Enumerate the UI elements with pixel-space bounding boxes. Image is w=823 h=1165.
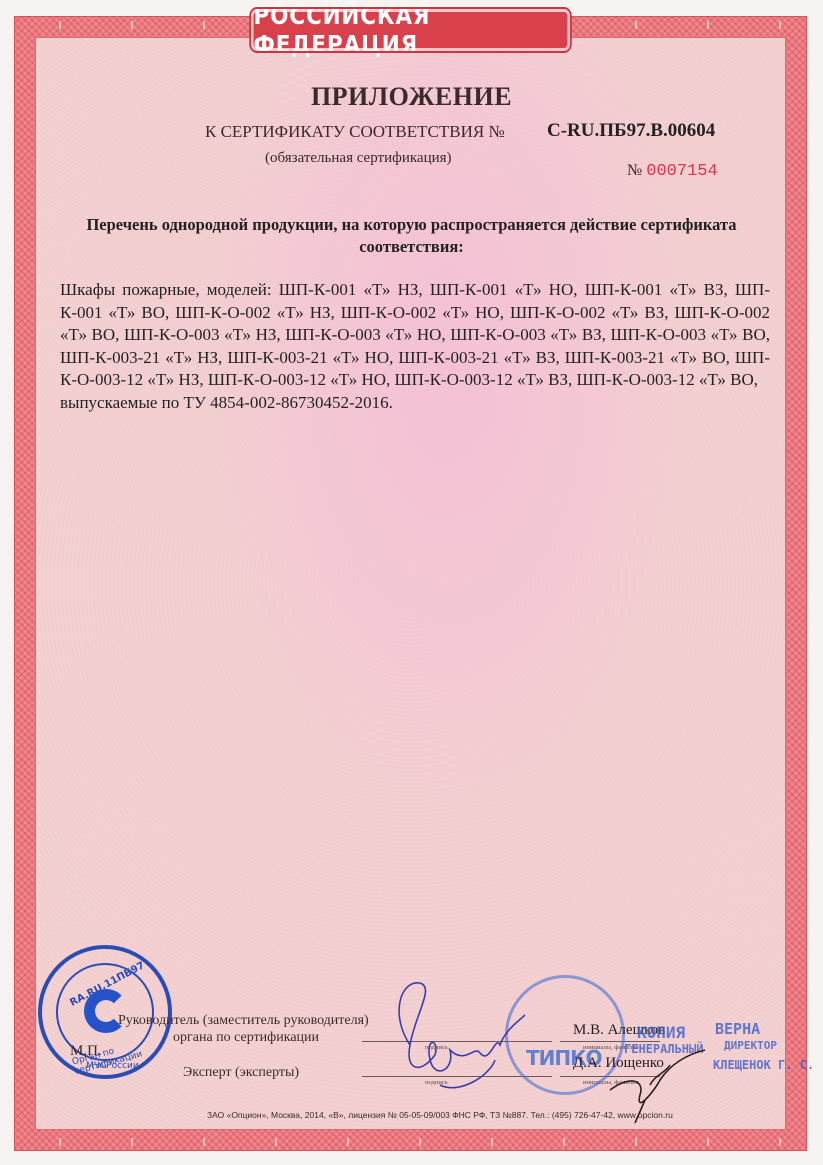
head-label: Руководитель (заместитель руководителя) (118, 1013, 369, 1029)
head-label-line2: органа по сертификации (173, 1030, 319, 1046)
product-list: Шкафы пожарные, моделей: ШП-К-001 «Т» НЗ… (60, 279, 770, 415)
copy-stamp-line1b: ВЕРНА (715, 1020, 760, 1038)
serial-prefix: № (627, 162, 642, 179)
blank-serial: № 0007154 (627, 162, 718, 181)
expert-label: Эксперт (эксперты) (183, 1065, 299, 1081)
certificate-number: C-RU.ПБ97.В.00604 (547, 120, 715, 142)
product-spec: выпускаемые по ТУ 4854-002-86730452-2016… (60, 393, 393, 412)
certification-type: (обязательная сертификация) (265, 150, 452, 167)
certificate-label: К СЕРТИФИКАТУ СООТВЕТСТВИЯ № (205, 122, 505, 142)
product-models: Шкафы пожарные, моделей: ШП-К-001 «Т» НЗ… (60, 280, 770, 389)
certification-body-stamp: RA.RU.11ПБ97 Орган по сертификации МЧСРо… (38, 945, 172, 1079)
seal-place-label: М.П. (70, 1043, 102, 1060)
printer-footer: ЗАО «Опцион», Москва, 2014, «В», лицензи… (207, 1110, 673, 1120)
stamp-ministry: МЧСРоссии (86, 1061, 139, 1071)
copy-stamp-line3: КЛЕЩЕНОК Г. С. (713, 1058, 814, 1072)
serial-number: 0007154 (646, 162, 717, 181)
copy-stamp-line2b: ДИРЕКТОР (724, 1039, 777, 1052)
country-banner: РОССИЙСКАЯ ФЕДЕРАЦИЯ (251, 9, 570, 51)
head-signature (380, 975, 530, 1100)
product-list-heading: Перечень однородной продукции, на котору… (60, 214, 763, 258)
document-title: ПРИЛОЖЕНИЕ (0, 82, 823, 112)
